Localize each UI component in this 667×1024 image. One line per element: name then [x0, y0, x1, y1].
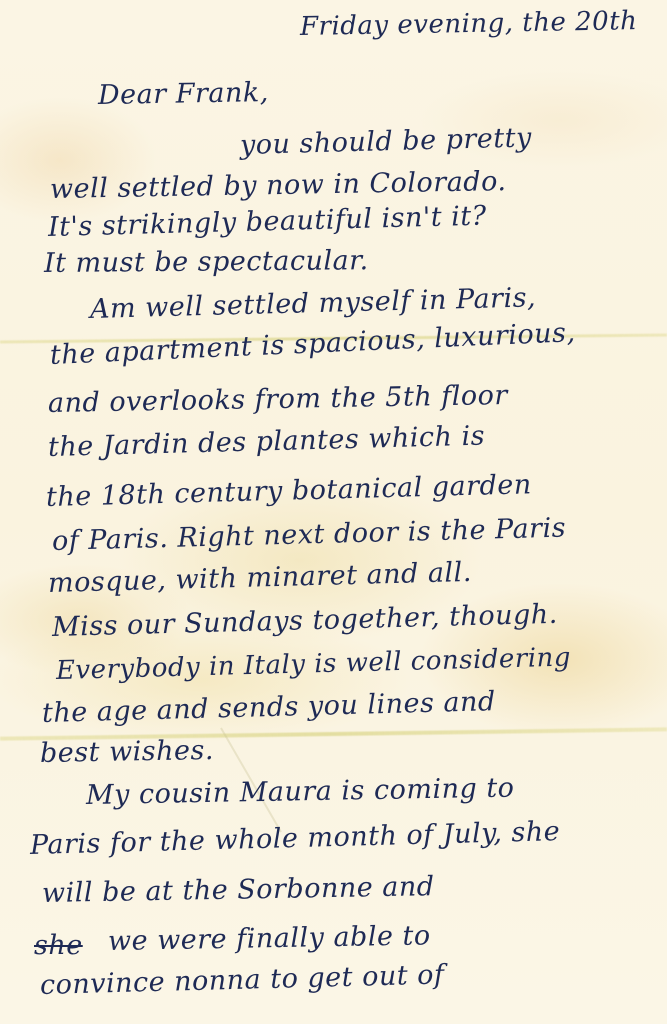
salutation: Dear Frank,	[98, 77, 269, 111]
crossed-out-word: she	[34, 930, 83, 961]
letter-line: It must be spectacular.	[44, 245, 369, 279]
letter-line: best wishes.	[40, 735, 214, 769]
dateline: Friday evening, the 20th	[300, 6, 638, 42]
letter-line: we were finally able to	[108, 920, 431, 957]
